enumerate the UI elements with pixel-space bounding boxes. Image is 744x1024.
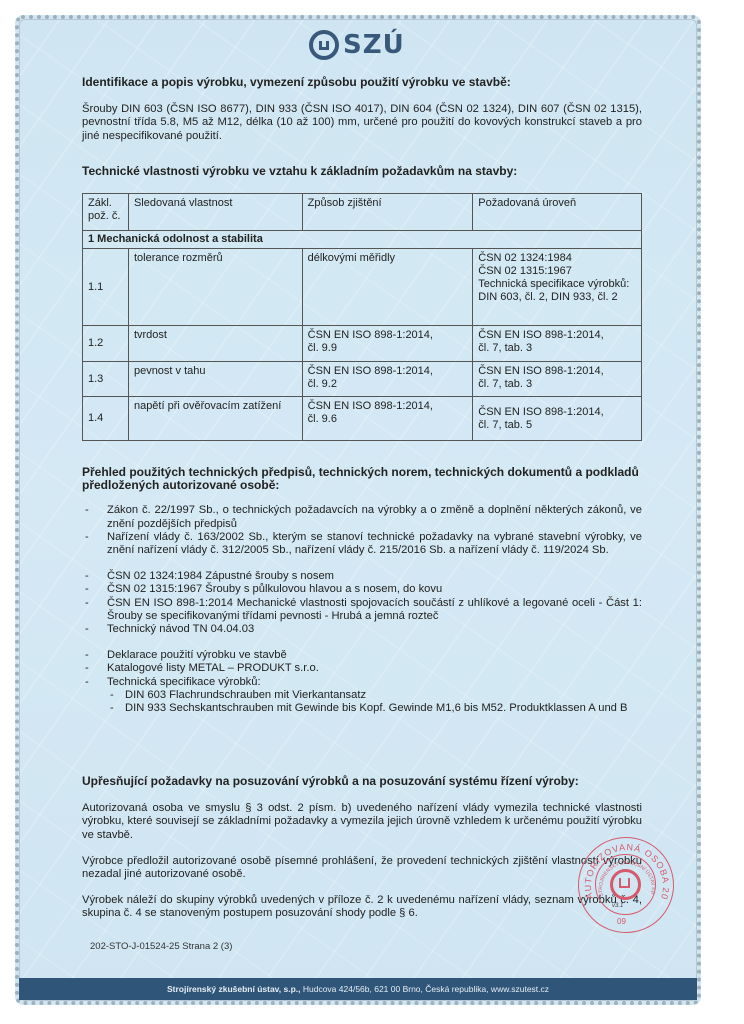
list-item: ČSN 02 1324:1984 Zápustné šrouby s nosem xyxy=(82,570,642,583)
sublist-item: DIN 933 Sechskantschrauben mit Gewinde b… xyxy=(107,702,642,715)
footer-address: Hudcova 424/56b, 621 00 Brno, Česká repu… xyxy=(301,984,550,994)
row-method: ČSN EN ISO 898-1:2014, čl. 9.9 xyxy=(302,326,473,362)
list-item-text: Technická specifikace výrobků: xyxy=(107,676,261,688)
table-row: 1.4 napětí při ověřovacím zatížení ČSN E… xyxy=(83,397,642,441)
document-reference: 202-STO-J-01524-25 Strana 2 (3) xyxy=(90,941,232,952)
method-line: ČSN EN ISO 898-1:2014, xyxy=(308,329,468,342)
stamp-number: 09 xyxy=(617,917,626,926)
method-line: ČSN EN ISO 898-1:2014, xyxy=(308,365,468,378)
list-item: Katalogové listy METAL – PRODUKT s.r.o. xyxy=(82,662,642,675)
requirements-paragraph: Výrobce předložil autorizované osobě pís… xyxy=(82,855,642,881)
level-line: čl. 7, tab. 3 xyxy=(478,378,636,391)
row-method: ČSN EN ISO 898-1:2014, čl. 9.6 xyxy=(302,397,473,441)
documents-list: Deklarace použití výrobku ve stavbě Kata… xyxy=(82,649,642,715)
row-method: délkovými měřidly xyxy=(302,249,473,326)
method-line: ČSN EN ISO 898-1:2014, xyxy=(308,400,468,413)
method-line: čl. 9.9 xyxy=(308,342,468,355)
row-level: ČSN EN ISO 898-1:2014, čl. 7, tab. 3 xyxy=(473,326,642,362)
table-row: 1.1 tolerance rozměrů délkovými měřidly … xyxy=(83,249,642,326)
level-line: ČSN EN ISO 898-1:2014, xyxy=(478,329,636,342)
row-property: napětí při ověřovacím zatížení xyxy=(128,397,302,441)
authorized-body-stamp: AUTORIZOVANÁ OSOBA 202 STROJÍRENSKÝ ZKUŠ… xyxy=(578,837,674,933)
stamp-logo-icon xyxy=(610,869,641,900)
sublist-item: DIN 603 Flachrundschrauben mit Vierkanta… xyxy=(107,689,642,702)
overview-section: Přehled použitých technických předpisů, … xyxy=(82,466,642,715)
level-line: ČSN 02 1315:1967 xyxy=(478,265,636,278)
technical-properties-table: Zákl. pož. č. Sledovaná vlastnost Způsob… xyxy=(82,193,642,441)
row-level: ČSN EN ISO 898-1:2014, čl. 7, tab. 5 xyxy=(473,397,642,441)
list-item: ČSN 02 1315:1967 Šrouby s půlkulovou hla… xyxy=(82,583,642,596)
requirements-paragraph: Výrobek náleží do skupiny výrobků uveden… xyxy=(82,894,642,920)
requirements-section: Upřesňující požadavky na posuzování výro… xyxy=(82,775,642,921)
level-line: ČSN EN ISO 898-1:2014, xyxy=(478,365,636,378)
level-line: Technická specifikace výrobků: xyxy=(478,278,636,291)
list-item: Deklarace použití výrobku ve stavbě xyxy=(82,649,642,662)
header-cell: Zákl. pož. č. xyxy=(83,194,129,231)
regulations-list: Zákon č. 22/1997 Sb., o technických poža… xyxy=(82,504,642,557)
method-line: čl. 9.2 xyxy=(308,378,468,391)
row-method: ČSN EN ISO 898-1:2014, čl. 9.2 xyxy=(302,362,473,397)
list-item: Nařízení vlády č. 163/2002 Sb., kterým s… xyxy=(82,531,642,557)
level-line: ČSN 02 1324:1984 xyxy=(478,252,636,265)
requirements-paragraph: Autorizovaná osoba ve smyslu § 3 odst. 2… xyxy=(82,802,642,842)
list-item: Technický návod TN 04.04.03 xyxy=(82,623,642,636)
table-row: 1.2 tvrdost ČSN EN ISO 898-1:2014, čl. 9… xyxy=(83,326,642,362)
logo-text: SZÚ xyxy=(343,30,405,60)
row-number: 1.4 xyxy=(83,397,129,441)
row-number: 1.1 xyxy=(83,249,129,326)
footer-organization: Strojírenský zkušební ústav, s.p., xyxy=(167,984,301,994)
method-line: čl. 9.6 xyxy=(308,413,468,426)
level-line: ČSN EN ISO 898-1:2014, xyxy=(478,406,636,419)
list-item: Zákon č. 22/1997 Sb., o technických poža… xyxy=(82,504,642,530)
level-line: DIN 603, čl. 2, DIN 933, čl. 2 xyxy=(478,291,636,304)
row-property: tolerance rozměrů xyxy=(128,249,302,326)
header-cell: Požadovaná úroveň xyxy=(473,194,642,231)
identification-section: Identifikace a popis výrobku, vymezení z… xyxy=(82,76,642,143)
table-row: 1.3 pevnost v tahu ČSN EN ISO 898-1:2014… xyxy=(83,362,642,397)
row-property: pevnost v tahu xyxy=(128,362,302,397)
stamp-version: v3.1 xyxy=(612,903,623,909)
technical-properties-heading: Technické vlastnosti výrobku ve vztahu k… xyxy=(82,164,642,178)
row-level: ČSN 02 1324:1984 ČSN 02 1315:1967 Techni… xyxy=(473,249,642,326)
table-section-row: 1 Mechanická odolnost a stabilita xyxy=(83,231,642,249)
identification-heading: Identifikace a popis výrobku, vymezení z… xyxy=(82,76,642,89)
section-title: 1 Mechanická odolnost a stabilita xyxy=(83,231,642,249)
row-number: 1.3 xyxy=(83,362,129,397)
requirements-heading: Upřesňující požadavky na posuzování výro… xyxy=(82,775,642,788)
row-property: tvrdost xyxy=(128,326,302,362)
overview-heading: Přehled použitých technických předpisů, … xyxy=(82,466,642,492)
standards-list: ČSN 02 1324:1984 Zápustné šrouby s nosem… xyxy=(82,570,642,636)
header-cell: Způsob zjištění xyxy=(302,194,473,231)
row-level: ČSN EN ISO 898-1:2014, čl. 7, tab. 3 xyxy=(473,362,642,397)
specifications-sublist: DIN 603 Flachrundschrauben mit Vierkanta… xyxy=(107,689,642,715)
level-line: čl. 7, tab. 5 xyxy=(478,419,636,432)
szu-logo: SZÚ xyxy=(309,28,405,62)
szu-logo-icon xyxy=(309,30,339,60)
list-item: Technická specifikace výrobků: DIN 603 F… xyxy=(82,676,642,716)
list-item: ČSN EN ISO 898-1:2014 Mechanické vlastno… xyxy=(82,597,642,623)
header-cell: Sledovaná vlastnost xyxy=(128,194,302,231)
level-line: čl. 7, tab. 3 xyxy=(478,342,636,355)
table-header-row: Zákl. pož. č. Sledovaná vlastnost Způsob… xyxy=(83,194,642,231)
identification-text: Šrouby DIN 603 (ČSN ISO 8677), DIN 933 (… xyxy=(82,103,642,143)
footer-bar: Strojírenský zkušební ústav, s.p., Hudco… xyxy=(19,978,697,1000)
row-number: 1.2 xyxy=(83,326,129,362)
